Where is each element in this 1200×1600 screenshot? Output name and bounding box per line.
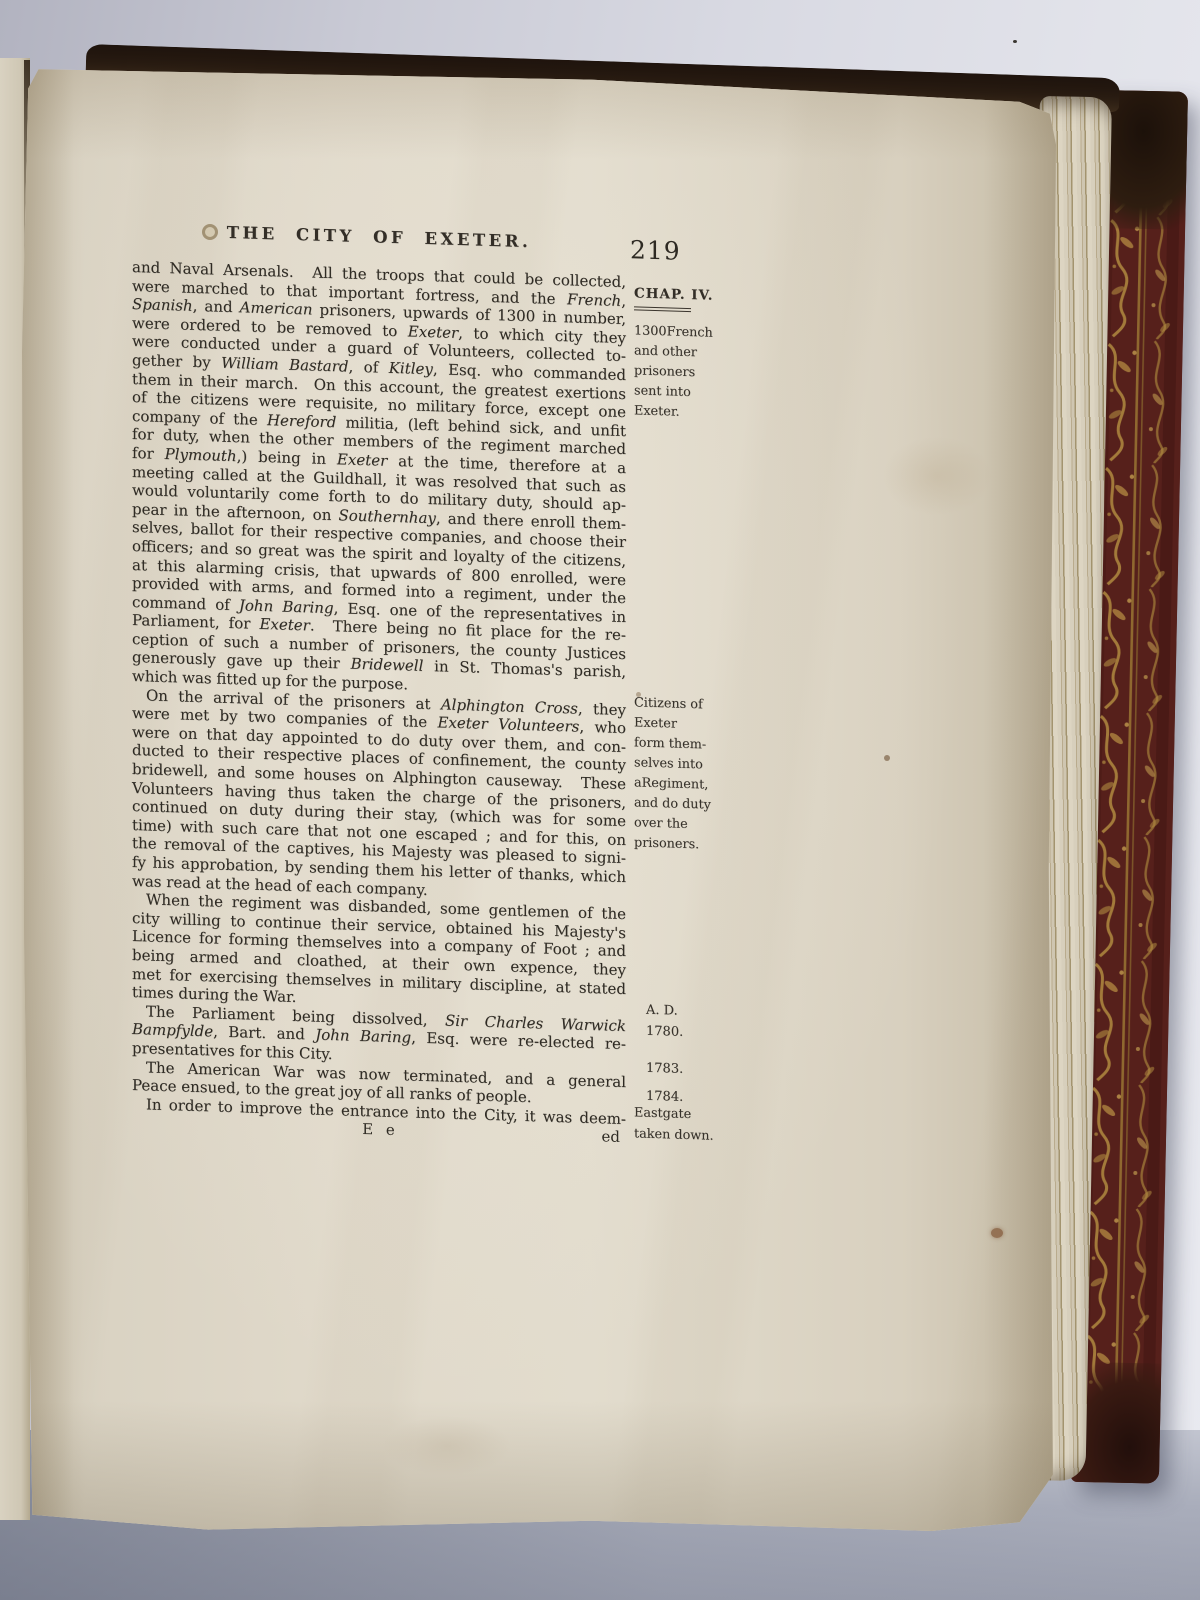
margin-note: 1300Frenchand otherprisonerssent intoExe… (634, 322, 738, 425)
margin-note: taken down. (634, 1124, 738, 1147)
book-page: THE CITY OF EXETER. 219 and Naval Arsena… (22, 56, 1056, 1534)
margin-note: Eastgate (634, 1103, 738, 1126)
stain (882, 436, 992, 516)
margin-note: 1780. (634, 1021, 750, 1045)
margin-note: CHAP. IV. (634, 284, 738, 307)
photograph: THE CITY OF EXETER. 219 and Naval Arsena… (0, 0, 1200, 1600)
stain (382, 1416, 512, 1476)
stain (991, 1228, 1003, 1238)
margin-column: CHAP. IV.1300Frenchand otherprisonerssen… (634, 273, 738, 276)
margin-note: Citizens ofExeterform them-selves intoaR… (634, 694, 738, 857)
background-speck (1013, 40, 1017, 43)
running-header: THE CITY OF EXETER. (132, 220, 626, 254)
catchword: ed (602, 1127, 620, 1147)
printed-page-text: THE CITY OF EXETER. 219 and Naval Arsena… (132, 220, 752, 1199)
double-rule (634, 306, 691, 312)
main-column: and Naval Arsenals. All the troops that … (132, 258, 626, 1128)
page-number: 219 (630, 235, 681, 266)
margin-note: 1783. (634, 1058, 750, 1082)
stain (884, 755, 890, 761)
